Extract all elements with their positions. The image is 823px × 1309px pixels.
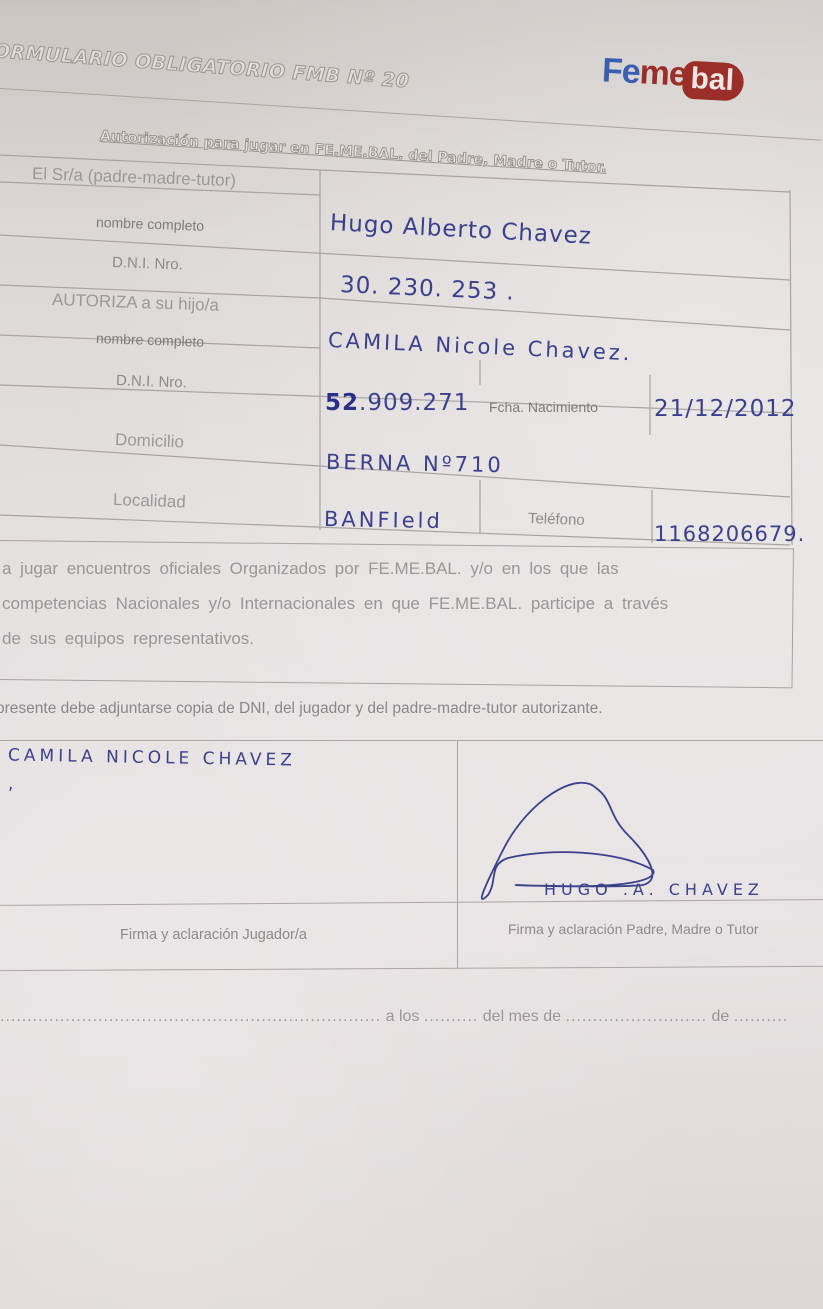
authorization-table: El Sr/a (padre-madre-tutor) nombre compl… (0, 150, 823, 550)
locality-value: BANFIeld (324, 507, 443, 533)
de-label: de (712, 1008, 730, 1025)
authorization-text: a jugar encuentros oficiales Organizados… (2, 551, 784, 656)
authorization-text-line-2: competencias Nacionales y/o Internaciona… (2, 586, 784, 621)
player-signature-caption: Firma y aclaración Jugador/a (120, 927, 307, 943)
address-label: Domicilio (115, 430, 185, 452)
month-blank[interactable]: .......................... (566, 1008, 708, 1025)
a-los-label: a los (386, 1008, 420, 1025)
logo-text-blue: Fe (601, 51, 641, 92)
signature-caption-border (0, 899, 823, 906)
year-blank[interactable]: .......... (734, 1008, 788, 1025)
date-line: ........................................… (0, 1008, 788, 1026)
address-value: BERNA Nº710 (326, 450, 504, 477)
attachment-note: presente debe adjuntarse copia de DNI, d… (0, 700, 603, 718)
logo-text-red: me (639, 53, 688, 94)
child-dni-label: D.N.I. Nro. (116, 372, 187, 391)
guardian-dni-label: D.N.I. Nro. (112, 254, 183, 273)
femebal-logo: Fe me bal (601, 40, 746, 107)
birth-date-label: Fcha. Nacimiento (489, 399, 598, 415)
player-signature-mark: , (8, 774, 17, 794)
child-dni-value: 52.909.271 (325, 390, 469, 416)
child-dni-rest: .909.271 (359, 390, 469, 416)
signature-block: CAMILA NICOLE CHAVEZ , HUGO .A. CHAVEZ F… (0, 740, 823, 968)
child-dni-prefix: 52 (325, 390, 359, 416)
day-blank[interactable]: .......... (424, 1008, 478, 1025)
authorization-text-line-3: de sus equipos representativos. (2, 621, 784, 656)
guardian-handwritten-name: HUGO .A. CHAVEZ (544, 880, 764, 899)
birth-date-value: 21/12/2012 (654, 396, 797, 422)
authorization-text-line-1: a jugar encuentros oficiales Organizados… (2, 551, 784, 586)
phone-value: 1168206679. (654, 522, 805, 546)
signature-top-border (0, 740, 823, 741)
logo-ball-badge: bal (682, 61, 745, 102)
place-blank[interactable]: ........................................… (0, 1008, 381, 1025)
phone-label: Teléfono (528, 510, 585, 529)
locality-label: Localidad (113, 490, 186, 513)
player-handwritten-name: CAMILA NICOLE CHAVEZ (8, 745, 296, 770)
signature-divider (457, 740, 458, 968)
del-mes-de-label: del mes de (483, 1008, 561, 1025)
guardian-signature-caption: Firma y aclaración Padre, Madre o Tutor (508, 921, 759, 937)
